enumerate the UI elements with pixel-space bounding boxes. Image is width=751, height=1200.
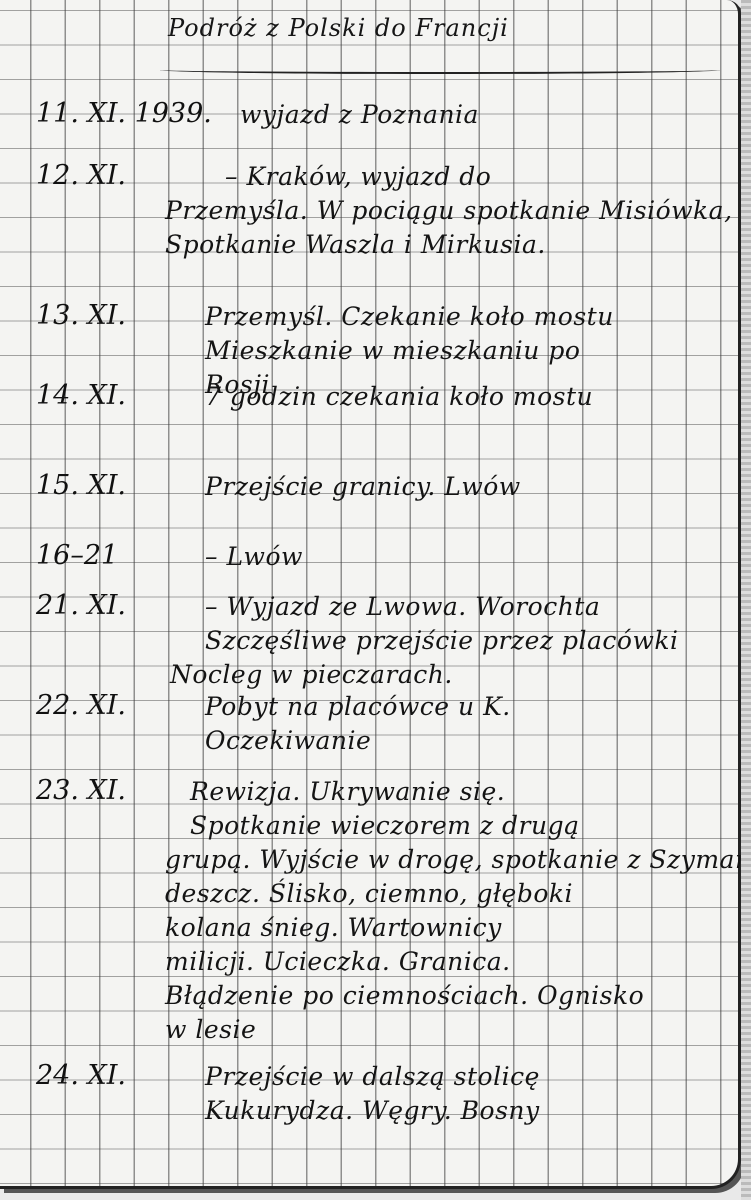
entry-text-line: milicji. Ucieczka. Granica. <box>165 947 511 976</box>
entry-text-line: kolana śnieg. Wartownicy <box>165 913 502 942</box>
entry-date: 11. XI. 1939. <box>36 98 212 129</box>
entry-text-line: Nocleg w pieczarach. <box>170 660 453 689</box>
entry-text-line: – Wyjazd ze Lwowa. Worochta <box>205 592 600 621</box>
entry-text-line: Przejście w dalszą stolicę <box>205 1062 540 1091</box>
entry-text-line: Pobyt na placówce u K. <box>205 692 511 721</box>
entry-text-line: Przemyśl. Czekanie koło mostu <box>205 302 614 331</box>
entry-text-line: – Lwów <box>205 542 303 571</box>
entry-text-line: Oczekiwanie <box>205 726 371 755</box>
notebook-edge <box>741 0 751 1200</box>
entry-text-line: deszcz. Ślisko, ciemno, głęboki <box>165 879 573 908</box>
entry-date: 22. XI. <box>36 690 126 721</box>
entry-date: 14. XI. <box>36 380 126 411</box>
entry-date: 23. XI. <box>36 775 126 806</box>
entry-text-line: Przejście granicy. Lwów <box>205 472 521 501</box>
entry-text-line: Szczęśliwe przejście przez placówki <box>205 626 679 655</box>
entry-text-line: Spotkanie Waszla i Mirkusia. <box>165 230 546 259</box>
entry-text-line: 7 godzin czekania koło mostu <box>205 382 593 411</box>
entry-date: 24. XI. <box>36 1060 126 1091</box>
entry-text-line: grupą. Wyjście w drogę, spotkanie z Szym… <box>165 845 751 874</box>
title-underline <box>160 66 720 74</box>
entry-text-line: – Kraków, wyjazd do <box>225 162 491 191</box>
entry-text-line: Błądzenie po ciemnościach. Ognisko <box>165 981 644 1010</box>
entry-text-line: Spotkanie wieczorem z drugą <box>190 811 580 840</box>
entry-text-line: Kukurydza. Węgry. Bosny <box>205 1096 540 1125</box>
entry-text-line: Mieszkanie w mieszkaniu po <box>205 336 580 365</box>
entry-date: 12. XI. <box>36 160 126 191</box>
page-title: Podróż z Polski do Francji <box>168 14 509 42</box>
entry-date: 16–21 <box>36 540 118 571</box>
entry-text-line: w lesie <box>165 1015 256 1044</box>
entry-text-line: wyjazd z Poznania <box>240 100 479 129</box>
notebook-page: Podróż z Polski do Francji 11. XI. 1939.… <box>0 0 741 1189</box>
entry-date: 13. XI. <box>36 300 126 331</box>
entry-date: 21. XI. <box>36 590 126 621</box>
entry-date: 15. XI. <box>36 470 126 501</box>
entry-text-line: Rewizja. Ukrywanie się. <box>190 777 505 806</box>
entry-text-line: Przemyśla. W pociągu spotkanie Misiówka,… <box>165 196 751 225</box>
